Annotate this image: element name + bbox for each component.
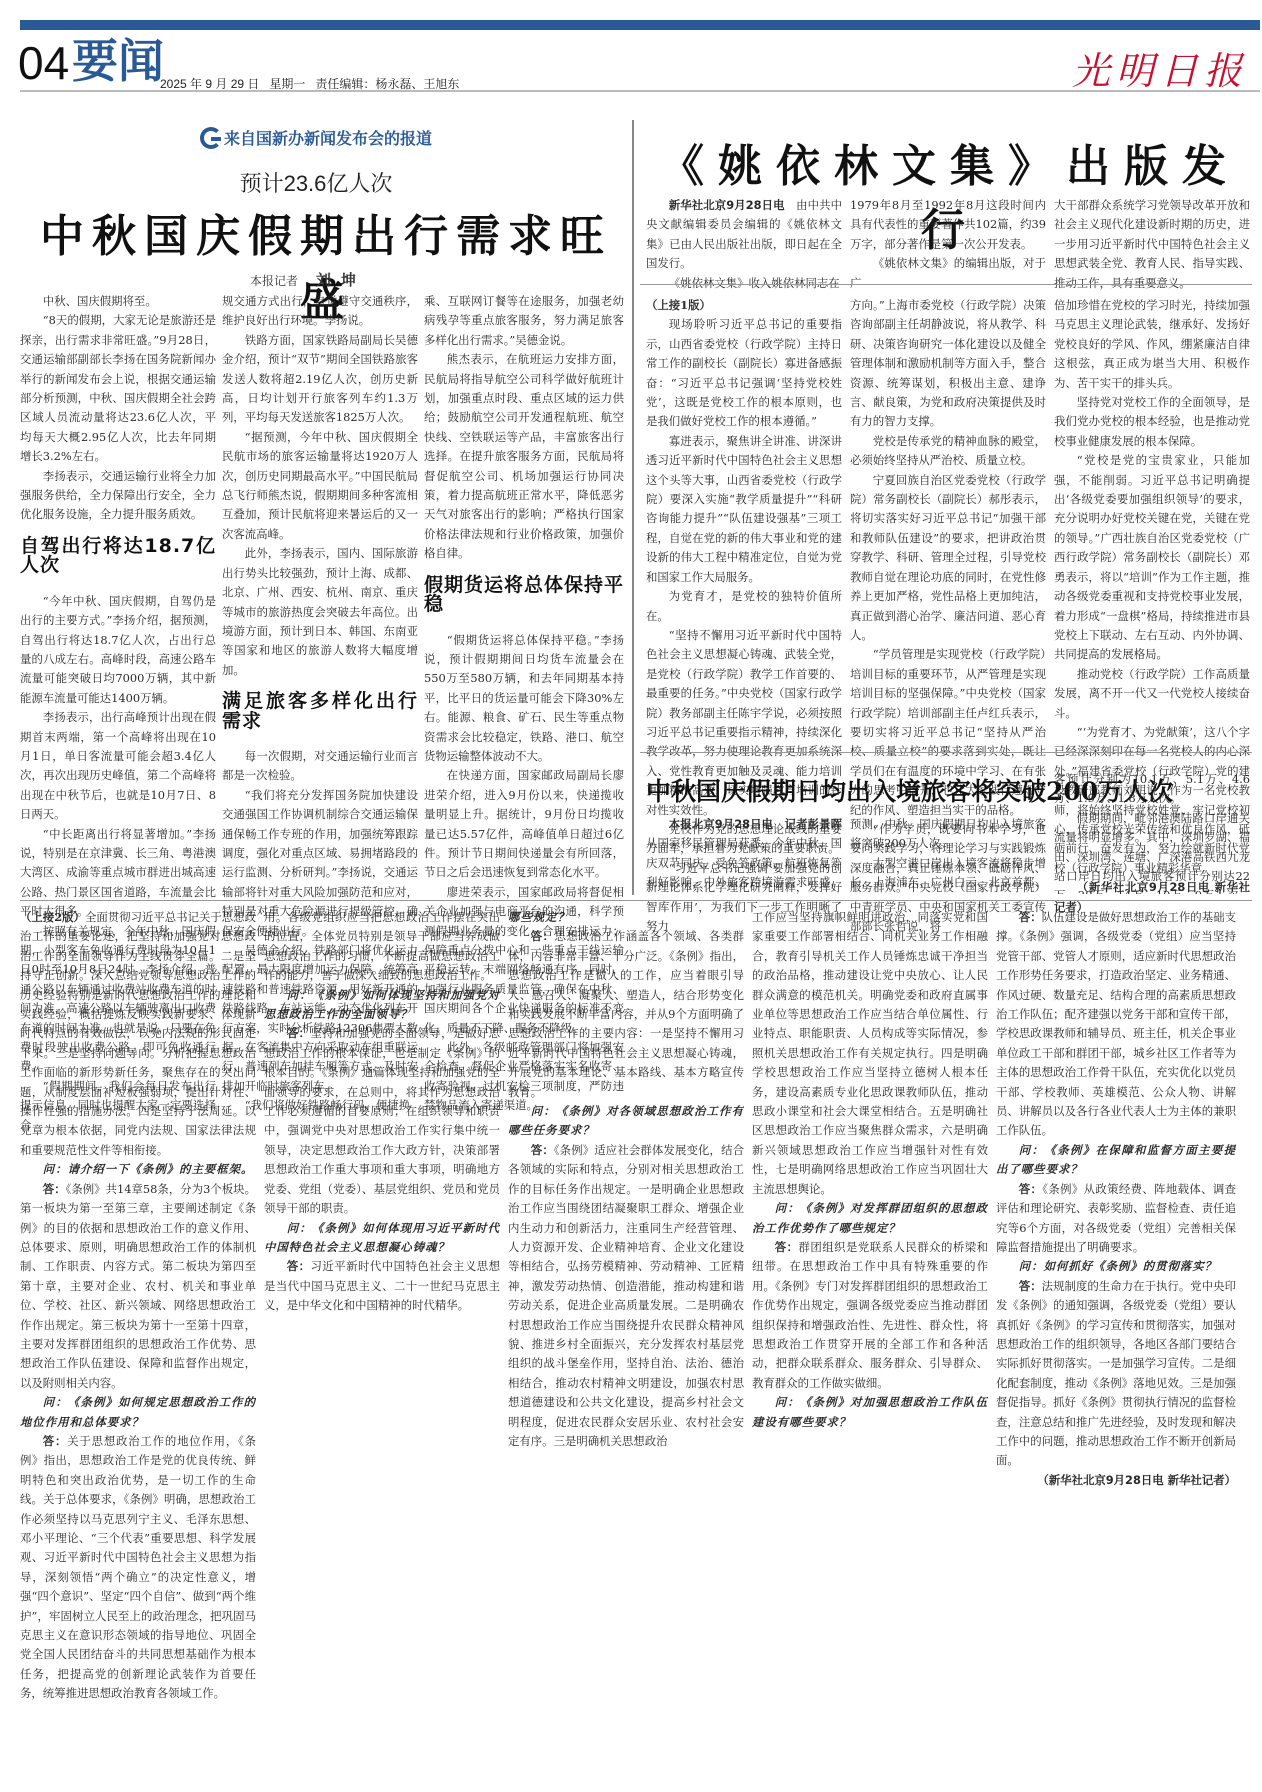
paragraph: 宁夏回族自治区党委党校（行政学院）常务副校长（副院长）郝彤表示，将切实落实好习近… xyxy=(850,471,1046,646)
regulation-column-5: 答：队伍建设是做好思想政治工作的基础支撑。《条例》强调，各级党委（党组）应当坚持… xyxy=(996,908,1236,1788)
regulation-column-3: 哪些规定？ 答：思想政治工作涵盖各个领域、各类群体，内容非常丰富、十分广泛。《条… xyxy=(508,908,744,1788)
lead-byline: 本报记者 刘坤 xyxy=(250,269,366,290)
subsection-heading: 自驾出行将达18.7亿人次 xyxy=(20,537,216,576)
paragraph: 此外，李扬表示，国内、国际旅游出行势头比较强劲，预计上海、成都、北京、广州、西安… xyxy=(222,544,418,680)
paragraph-text: 全面贯彻习近平总书记关于思想政治工作的重要论述，把坚持和加强党对思想政治工作的全… xyxy=(20,910,256,1157)
continued-label: （上接1版） xyxy=(646,296,842,315)
newspaper-masthead: 光明日报 xyxy=(1072,40,1248,95)
section-divider xyxy=(640,284,1252,285)
paragraph: 铁路方面，国家铁路局副局长吴德金介绍，预计“双节”期间全国铁路旅客发送人数将超2… xyxy=(222,331,418,428)
question-heading: 问：《条例》对发挥群团组织的思想政治工作优势作了哪些规定？ xyxy=(752,1199,988,1238)
paragraph: “8天的假期，大家无论是旅游还是探亲，出行需求非常旺盛。”9月28日，交通运输部… xyxy=(20,311,216,466)
paragraph: 大干部群众系统学习党领导改革开放和社会主义现代化建设新时期的历史，进一步用习近平… xyxy=(1054,196,1250,293)
dateline: 本报北京9月28日电 xyxy=(669,817,773,831)
answer-text: 群团组织是党联系人民群众的桥梁和纽带。在思想政治工作中具有特殊重要的作用。《条例… xyxy=(752,1240,988,1390)
article-signature: （新华社北京9月28日电 新华社记者） xyxy=(996,1471,1236,1490)
paragraph: “据预测，今年中秋、国庆假期全民航市场的旅客运输量将达1920万人次，创历史同期… xyxy=(222,428,418,544)
answer-text: 思想政治工作涵盖各个领域、各类群体，内容非常丰富、十分广泛。《条例》指出，思想政… xyxy=(508,929,744,1098)
paragraph: 《姚依林文集》的编辑出版，对于广 xyxy=(850,254,1046,293)
paragraph: 倍加珍惜在党校的学习时光，持续加强马克思主义理论武装，继承好、发扬好党校良好的学… xyxy=(1054,296,1250,393)
subsection-heading: 假期货运将总体保持平稳 xyxy=(424,576,624,615)
paragraph: 李扬表示，交通运输行业将全力加强服务供给，全力保障出行安全，全力优化服务设施，全… xyxy=(20,467,216,525)
reporter: 记者彭景晖 xyxy=(785,817,842,831)
paragraph: 方向。”上海市委党校（行政学院）决策咨询部副主任胡静波说，将从教学、科研、决策咨… xyxy=(850,296,1046,432)
answer-text: 《条例》共14章58条，分为3个板块。第一板块为第一至第三章，主要阐述制定《条例… xyxy=(20,1182,256,1390)
question-heading: 问：《条例》如何体现用习近平新时代中国特色社会主义思想凝心铸魂？ xyxy=(264,1219,500,1258)
section-divider xyxy=(640,752,1252,753)
paragraph: 1979年8月至1992年8月这段时间内具有代表性的重要著作共102篇，约39万… xyxy=(850,196,1046,254)
lead-subheadline: 预计23.6亿人次 xyxy=(0,167,632,198)
subsection-heading: 满足旅客多样化出行需求 xyxy=(222,692,418,731)
paragraph: “党校是党的宝贵家业，只能加强，不能削弱。习近平总书记明确提出‘各级党委要加强组… xyxy=(1054,451,1250,664)
book-column-2: 1979年8月至1992年8月这段时间内具有代表性的重要著作共102篇，约39万… xyxy=(850,196,1046,293)
header-accent-bar xyxy=(20,20,1260,30)
paragraph-text: 从国家移民管理局获悉，今年中秋、国庆双节同庆，受免签政策、航班恢复等利好影响，中… xyxy=(646,836,842,893)
paragraph: 为党育才，是党校的独特价值所在。 xyxy=(646,587,842,626)
continued-label: （上接2版） xyxy=(20,910,85,924)
question-heading: 问：请介绍一下《条例》的主要框架。 xyxy=(20,1160,256,1179)
paragraph: 熊杰表示，在航班运力安排方面，民航局将指导航空公司科学做好航班计划，加强重点时段… xyxy=(424,350,624,563)
paragraph: 现场聆听习近平总书记的重要指示，山西省委党校（行政学院）主持日常工作的副校长（副… xyxy=(646,315,842,431)
inbound-column-2: 预测，中秋、国庆假期日均出入境旅客将突破200万人次。 大型空港口岸出入境客流将… xyxy=(850,815,1046,893)
paragraph: “今年中秋、国庆假期，自驾仍是出行的主要方式。”李扬介绍，据预测，自驾出行将达1… xyxy=(20,592,216,708)
question-heading: 问：《条例》如何体现坚持和加强党对思想政治工作的全面领导？ xyxy=(264,986,500,1025)
question-heading: 问：《条例》在保障和监督方面主要提出了哪些要求？ xyxy=(996,1141,1236,1180)
section-title: 要闻 xyxy=(72,38,164,84)
paragraph: 中秋、国庆假期将至。 xyxy=(20,292,216,311)
paragraph: 乘、互联网订餐等在途服务，加强老幼病残孕等重点旅客服务，努力满足旅客多样化出行需… xyxy=(424,292,624,350)
scio-logo-icon xyxy=(200,127,222,149)
paragraph: 在快递方面，国家邮政局副局长廖进荣介绍，进入9月份以来，快递揽收量明显上升。据统… xyxy=(424,766,624,882)
book-column-1: 新华社北京9月28日电 由中共中央文献编辑委员会编辑的《姚依林文集》已由人民出版… xyxy=(646,196,842,293)
paragraph: 规交通方式出行，自觉遵守交通秩序，维护良好出行环境。”李扬说。 xyxy=(222,292,418,331)
question-heading: 问：《条例》对各领域思想政治工作有哪些任务要求？ xyxy=(508,1102,744,1141)
inbound-column-3: 客预计分别为10.1万、5.1万、4.6万、1.9万、1.8万人次。 假期期间，… xyxy=(1054,770,1250,894)
regulation-column-1: （上接2版）全面贯彻习近平总书记关于思想政治工作的重要论述，把坚持和加强党对思想… xyxy=(20,908,256,1788)
paragraph: 推动党校（行政学院）工作高质量发展，离不开一代又一代党校人接续奋斗。 xyxy=(1054,665,1250,723)
press-conference-kicker: 来自国新办新闻发布会的报道 xyxy=(200,126,432,149)
byline-label: 本报记者 xyxy=(250,274,298,288)
inbound-headline: 中秋国庆假期日均出入境旅客将突破200万人次 xyxy=(646,772,1036,808)
paragraph: 工作应当坚持旗帜鲜明讲政治，同落实党和国家重要工作部署相结合、同机关业务工作相融… xyxy=(752,908,988,1199)
section-divider xyxy=(20,900,1252,901)
answer-text: 坚持和加强党的全面领导，是做好思想政治工作的根本保证，也是制定《条例》的根本目的… xyxy=(264,1026,500,1215)
paragraph: 每一次假期，对交通运输行业而言都是一次检验。 xyxy=(222,747,418,786)
paragraph: 大型空港口岸出入境客流将稳步增长，上海浦东、广州白云、北京首都、深圳宝安、成都天… xyxy=(850,854,1046,893)
byline-name: 刘坤 xyxy=(316,271,366,289)
page-number: 04 xyxy=(18,40,69,86)
question-heading: 问：《条例》如何规定思想政治工作的地位作用和总体要求？ xyxy=(20,1393,256,1432)
question-heading: 哪些规定？ xyxy=(508,908,744,927)
kicker-text: 来自国新办新闻发布会的报道 xyxy=(224,126,432,149)
answer-text: 关于思想政治工作的地位作用，《条例》指出，思想政治工作是党的优良传统、鲜明特色和… xyxy=(20,1434,256,1700)
paragraph: 客预计分别为10.1万、5.1万、4.6万、1.9万、1.8万人次。 xyxy=(1054,770,1250,809)
paragraph: “假期货运将总体保持平稳。”李扬说，预计假期期间日均货车流量会在550万至580… xyxy=(424,631,624,767)
header-divider xyxy=(20,90,1260,92)
answer-text: 法规制度的生命力在于执行。党中央印发《条例》的通知强调，各级党委（党组）要认真抓… xyxy=(996,1279,1236,1468)
regulation-column-2: 用。各级党组织应当把思想政治工作摆在突出的位置，全体党员特别是领导干部应当养成做… xyxy=(264,908,500,1788)
column-divider xyxy=(632,120,634,895)
paragraph: 李扬表示，出行高峰预计出现在假期首末两端，第一个高峰将出现在10月1日，单日客流… xyxy=(20,708,216,824)
inbound-column-1: 本报北京9月28日电 记者彭景晖从国家移民管理局获悉，今年中秋、国庆双节同庆，受… xyxy=(646,815,842,893)
question-heading: 问：如何抓好《条例》的贯彻落实？ xyxy=(996,1257,1236,1276)
paragraph: 用。各级党组织应当把思想政治工作摆在突出的位置，全体党员特别是领导干部应当养成做… xyxy=(264,908,500,986)
regulation-column-4: 工作应当坚持旗帜鲜明讲政治，同落实党和国家重要工作部署相结合、同机关业务工作相融… xyxy=(752,908,988,1788)
paragraph: 预测，中秋、国庆假期日均出入境旅客将突破200万人次。 xyxy=(850,815,1046,854)
paragraph: 假期期间，毗邻港澳陆路口岸通关流量将明显增多。其中，深圳罗湖、福田、深圳湾、莲塘… xyxy=(1054,809,1250,894)
answer-text: 队伍建设是做好思想政治工作的基础支撑。《条例》强调，各级党委（党组）应当坚持党管… xyxy=(996,910,1236,1137)
paragraph: 坚持党对党校工作的全面领导，是我们党办党校的根本经验，也是推动党校事业健康发展的… xyxy=(1054,393,1250,451)
paragraph: 寡进表示，聚焦讲全讲准、讲深讲透习近平新时代中国特色社会主义思想这个头等大事，山… xyxy=(646,432,842,587)
answer-text: 《条例》适应社会群体发展变化，结合各领域的实际和特点，分别对相关思想政治工作的目… xyxy=(508,1143,744,1448)
paragraph: 党校是传承党的精神血脉的殿堂，必须始终坚持从严治校、质量立校。 xyxy=(850,432,1046,471)
book-column-3: 大干部群众系统学习党领导改革开放和社会主义现代化建设新时期的历史，进一步用习近平… xyxy=(1054,196,1250,293)
dateline: 新华社北京9月28日电 xyxy=(669,198,785,212)
question-heading: 问：《条例》对加强思想政治工作队伍建设有哪些要求？ xyxy=(752,1393,988,1432)
